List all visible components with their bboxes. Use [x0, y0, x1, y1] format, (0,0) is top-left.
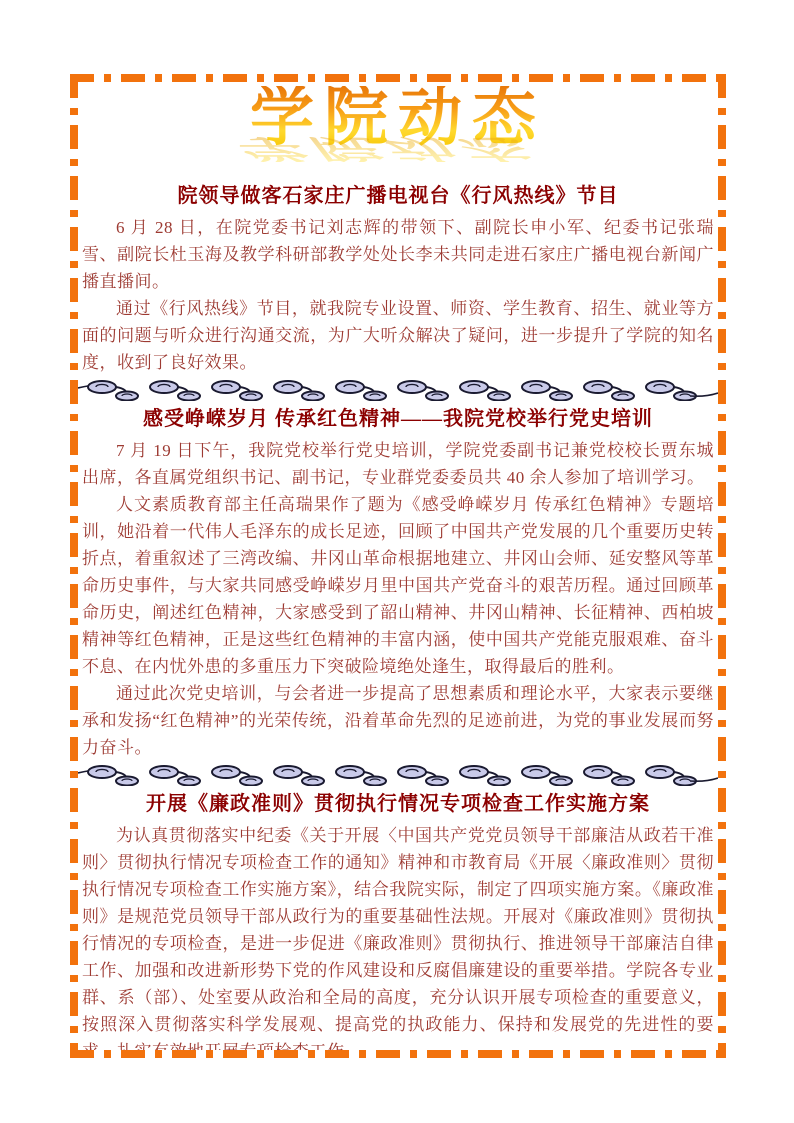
- page-border-top: [70, 74, 726, 82]
- cloud-swirl-divider: [78, 379, 718, 401]
- page-border-right: [718, 74, 726, 1058]
- cloud-swirl-divider: [78, 764, 718, 786]
- section-2-heading: 感受峥嵘岁月 传承红色精神——我院党校举行党史培训: [78, 405, 718, 433]
- section-1-paragraph-1: 6 月 28 日，在院党委书记刘志辉的带领下、副院长申小军、纪委书记张瑞雪、副院…: [78, 214, 718, 295]
- newsletter-page: { "page": { "title": "学院动态" }, "colors":…: [0, 0, 794, 1123]
- page-border-bottom: [70, 1050, 726, 1058]
- section-3-paragraph-1: 为认真贯彻落实中纪委《关于开展〈中国共产党党员领导干部廉洁从政若干准则〉贯彻执行…: [78, 822, 718, 1050]
- section-2-paragraph-3: 通过此次党史培训，与会者进一步提高了思想素质和理论水平，大家表示要继承和发扬“红…: [78, 680, 718, 761]
- page-title-reflection: 学院动态: [78, 135, 718, 162]
- page-border-left: [70, 74, 78, 1058]
- section-1-paragraph-2: 通过《行风热线》节目，就我院专业设置、师资、学生教育、招生、就业等方面的问题与听…: [78, 295, 718, 376]
- page-title-block: 学院动态 学院动态: [78, 86, 718, 178]
- section-2-paragraph-1: 7 月 19 日下午，我院党校举行党史培训，学院党委副书记兼党校校长贾东城出席，…: [78, 437, 718, 491]
- section-2-paragraph-2: 人文素质教育部主任高瑞果作了题为《感受峥嵘岁月 传承红色精神》专题培训，她沿着一…: [78, 491, 718, 680]
- section-1-heading: 院领导做客石家庄广播电视台《行风热线》节目: [78, 182, 718, 210]
- page-content: 学院动态 学院动态 院领导做客石家庄广播电视台《行风热线》节目 6 月 28 日…: [78, 82, 718, 1050]
- section-3-heading: 开展《廉政准则》贯彻执行情况专项检查工作实施方案: [78, 790, 718, 818]
